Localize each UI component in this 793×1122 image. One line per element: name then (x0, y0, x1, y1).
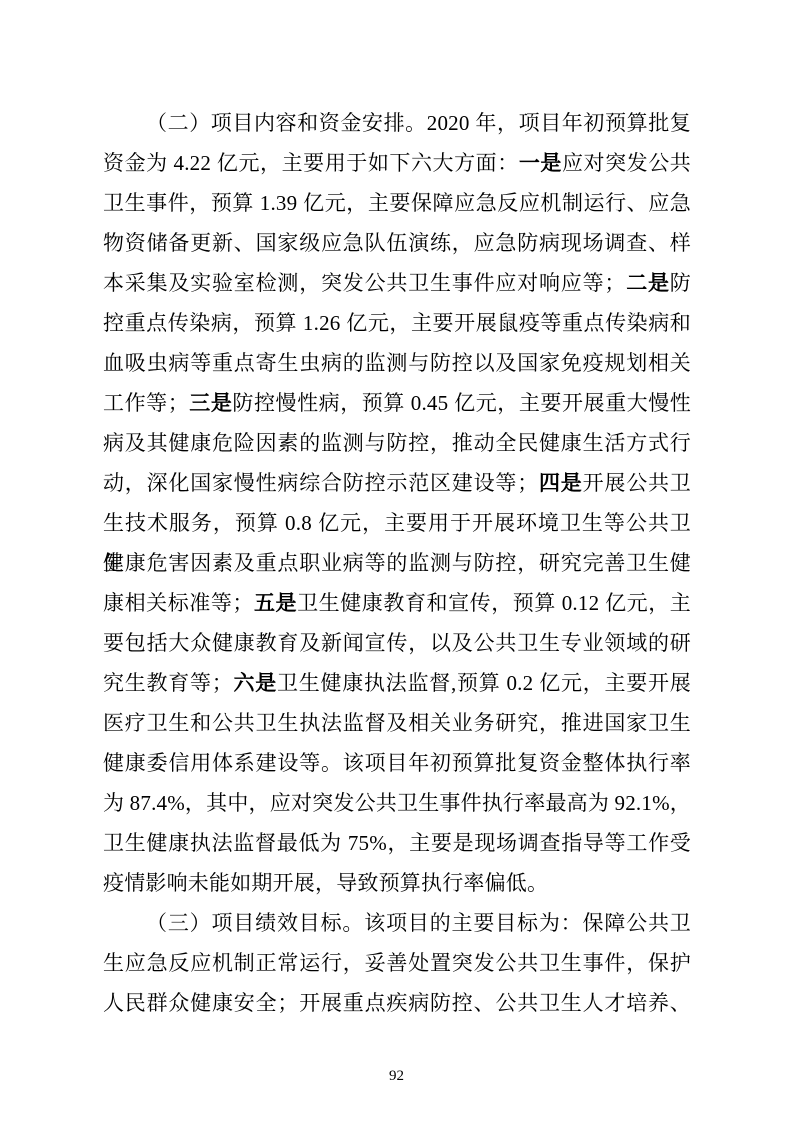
bold-emphasis: 五是 (254, 592, 298, 615)
text-run: 应对突发公共 (562, 151, 691, 175)
text-line: 生技术服务，预算 0.8 亿元，主要用于开展环境卫生等公共卫生 (103, 503, 691, 543)
text-run: 要包括大众健康教育及新闻宣传，以及公共卫生专业领域的研 (103, 631, 691, 655)
text-line: 血吸虫病等重点寄生虫病的监测与防控以及国家免疫规划相关 (103, 343, 691, 383)
paragraph: （二）项目内容和资金安排。2020 年，项目年初预算批复资金为 4.22 亿元，… (103, 103, 691, 903)
text-run: 资金为 4.22 亿元，主要用于如下六大方面： (103, 151, 519, 175)
bold-emphasis: 二是 (626, 272, 670, 295)
text-line: 究生教育等；六是卫生健康执法监督,预算 0.2 亿元，主要开展 (103, 663, 691, 703)
text-run: 健康危害因素及重点职业病等的监测与防控，研究完善卫生健 (103, 551, 691, 575)
text-line: 卫生健康执法监督最低为 75%，主要是现场调查指导等工作受 (103, 823, 691, 863)
text-run: 物资储备更新、国家级应急队伍演练，应急防病现场调查、样 (103, 231, 691, 255)
text-line: 健康危害因素及重点职业病等的监测与防控，研究完善卫生健 (103, 543, 691, 583)
text-run: （二）项目内容和资金安排。2020 年，项目年初预算批复 (146, 111, 691, 135)
text-run: （三）项目绩效目标。该项目的主要目标为：保障公共卫 (146, 911, 691, 935)
text-line: 疫情影响未能如期开展，导致预算执行率偏低。 (103, 863, 691, 903)
text-line: 人民群众健康安全；开展重点疾病防控、公共卫生人才培养、 (103, 983, 691, 1023)
text-run: 卫生事件，预算 1.39 亿元，主要保障应急反应机制运行、应急 (103, 191, 691, 215)
text-run: 工作等； (103, 391, 189, 415)
text-run: 防 (670, 271, 691, 295)
text-line: （二）项目内容和资金安排。2020 年，项目年初预算批复 (103, 103, 691, 143)
text-run: 健康委信用体系建设等。该项目年初预算批复资金整体执行率 (103, 751, 691, 775)
text-line: 资金为 4.22 亿元，主要用于如下六大方面：一是应对突发公共 (103, 143, 691, 183)
bold-emphasis: 六是 (233, 672, 277, 695)
text-line: 工作等；三是防控慢性病，预算 0.45 亿元，主要开展重大慢性 (103, 383, 691, 423)
text-run: 疫情影响未能如期开展，导致预算执行率偏低。 (103, 871, 548, 895)
text-line: 病及其健康危险因素的监测与防控，推动全民健康生活方式行 (103, 423, 691, 463)
document-body: （二）项目内容和资金安排。2020 年，项目年初预算批复资金为 4.22 亿元，… (103, 103, 691, 1023)
text-run: 病及其健康危险因素的监测与防控，推动全民健康生活方式行 (103, 431, 691, 455)
text-line: 健康委信用体系建设等。该项目年初预算批复资金整体执行率 (103, 743, 691, 783)
text-run: 血吸虫病等重点寄生虫病的监测与防控以及国家免疫规划相关 (103, 351, 691, 375)
text-line: 康相关标准等；五是卫生健康教育和宣传，预算 0.12 亿元，主 (103, 583, 691, 623)
text-run: 本采集及实验室检测，突发公共卫生事件应对响应等； (103, 271, 626, 295)
text-run: 卫生健康执法监督,预算 0.2 亿元，主要开展 (277, 671, 691, 695)
text-run: 卫生健康执法监督最低为 75%，主要是现场调查指导等工作受 (103, 831, 691, 855)
text-line: 为 87.4%，其中，应对突发公共卫生事件执行率最高为 92.1%， (103, 783, 691, 823)
text-line: 生应急反应机制正常运行，妥善处置突发公共卫生事件，保护 (103, 943, 691, 983)
bold-emphasis: 四是 (538, 472, 582, 495)
text-run: 人民群众健康安全；开展重点疾病防控、公共卫生人才培养、 (103, 991, 691, 1015)
page-number: 92 (0, 1065, 793, 1087)
text-run: 生应急反应机制正常运行，妥善处置突发公共卫生事件，保护 (103, 951, 691, 975)
text-run: 动，深化国家慢性病综合防控示范区建设等； (103, 471, 538, 495)
text-run: 防控慢性病，预算 0.45 亿元，主要开展重大慢性 (232, 391, 691, 415)
text-line: 动，深化国家慢性病综合防控示范区建设等；四是开展公共卫 (103, 463, 691, 503)
text-line: 物资储备更新、国家级应急队伍演练，应急防病现场调查、样 (103, 223, 691, 263)
text-line: 卫生事件，预算 1.39 亿元，主要保障应急反应机制运行、应急 (103, 183, 691, 223)
text-line: 医疗卫生和公共卫生执法监督及相关业务研究，推进国家卫生 (103, 703, 691, 743)
text-run: 究生教育等； (103, 671, 233, 695)
document-page: （二）项目内容和资金安排。2020 年，项目年初预算批复资金为 4.22 亿元，… (0, 0, 793, 1122)
text-run: 卫生健康教育和宣传，预算 0.12 亿元，主 (297, 591, 691, 615)
text-line: 要包括大众健康教育及新闻宣传，以及公共卫生专业领域的研 (103, 623, 691, 663)
text-run: 康相关标准等； (103, 591, 254, 615)
bold-emphasis: 三是 (189, 392, 233, 415)
text-run: 医疗卫生和公共卫生执法监督及相关业务研究，推进国家卫生 (103, 711, 691, 735)
text-line: 本采集及实验室检测，突发公共卫生事件应对响应等；二是防 (103, 263, 691, 303)
text-line: 控重点传染病，预算 1.26 亿元，主要开展鼠疫等重点传染病和 (103, 303, 691, 343)
text-line: （三）项目绩效目标。该项目的主要目标为：保障公共卫 (103, 903, 691, 943)
text-run: 控重点传染病，预算 1.26 亿元，主要开展鼠疫等重点传染病和 (103, 311, 691, 335)
paragraph: （三）项目绩效目标。该项目的主要目标为：保障公共卫生应急反应机制正常运行，妥善处… (103, 903, 691, 1023)
bold-emphasis: 一是 (519, 152, 562, 175)
text-run: 为 87.4%，其中，应对突发公共卫生事件执行率最高为 92.1%， (103, 791, 691, 815)
text-run: 开展公共卫 (583, 471, 691, 495)
